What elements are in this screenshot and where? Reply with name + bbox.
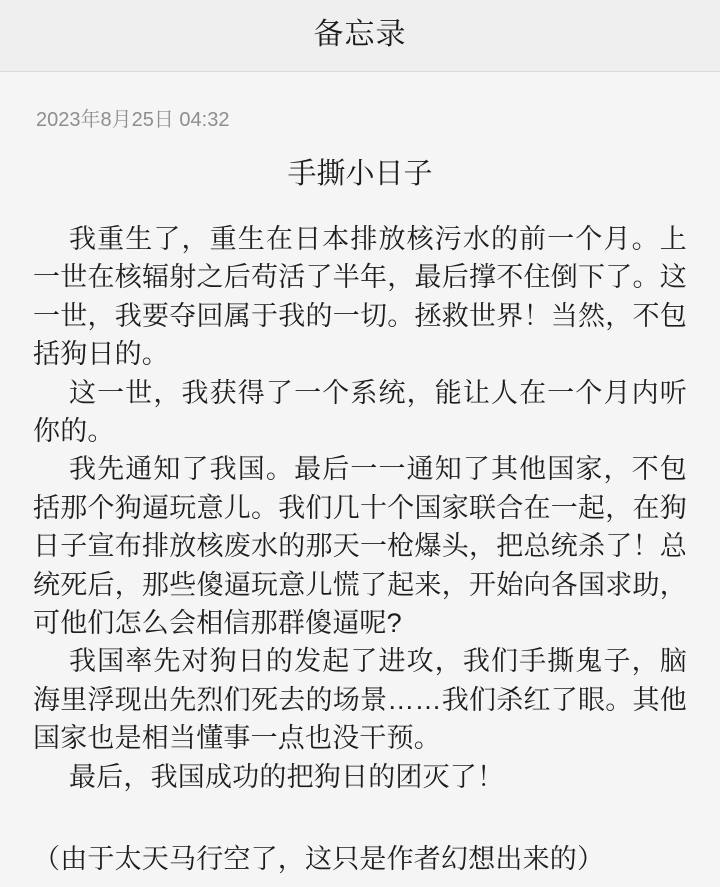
note-paragraph[interactable]: 这一世，我获得了一个系统，能让人在一个月内听你的。: [33, 374, 687, 451]
note-editor[interactable]: 2023年8月25日 04:32 手撕小日子 我重生了，重生在日本排放核污水的前…: [0, 108, 720, 879]
note-title[interactable]: 手撕小日子: [33, 158, 687, 190]
app-header: 备忘录: [0, 0, 720, 72]
note-paragraph[interactable]: 最后，我国成功的把狗日的团灭了！: [33, 758, 687, 796]
note-paragraph[interactable]: 我国率先对狗日的发起了进攻，我们手撕鬼子，脑海里浮现出先烈们死去的场景……我们杀…: [33, 642, 687, 757]
app-title: 备忘录: [314, 9, 407, 53]
note-paragraph[interactable]: （由于太天马行空了，这只是作者幻想出来的）: [33, 840, 687, 878]
note-date: 2023年8月25日 04:32: [36, 108, 687, 132]
note-paragraph[interactable]: 我重生了，重生在日本排放核污水的前一个月。上一世在核辐射之后苟活了半年，最后撑不…: [33, 220, 687, 374]
note-content[interactable]: 我重生了，重生在日本排放核污水的前一个月。上一世在核辐射之后苟活了半年，最后撑不…: [33, 220, 687, 879]
note-paragraph[interactable]: 我先通知了我国。最后一一通知了其他国家，不包括那个狗逼玩意儿。我们几十个国家联合…: [33, 450, 687, 642]
